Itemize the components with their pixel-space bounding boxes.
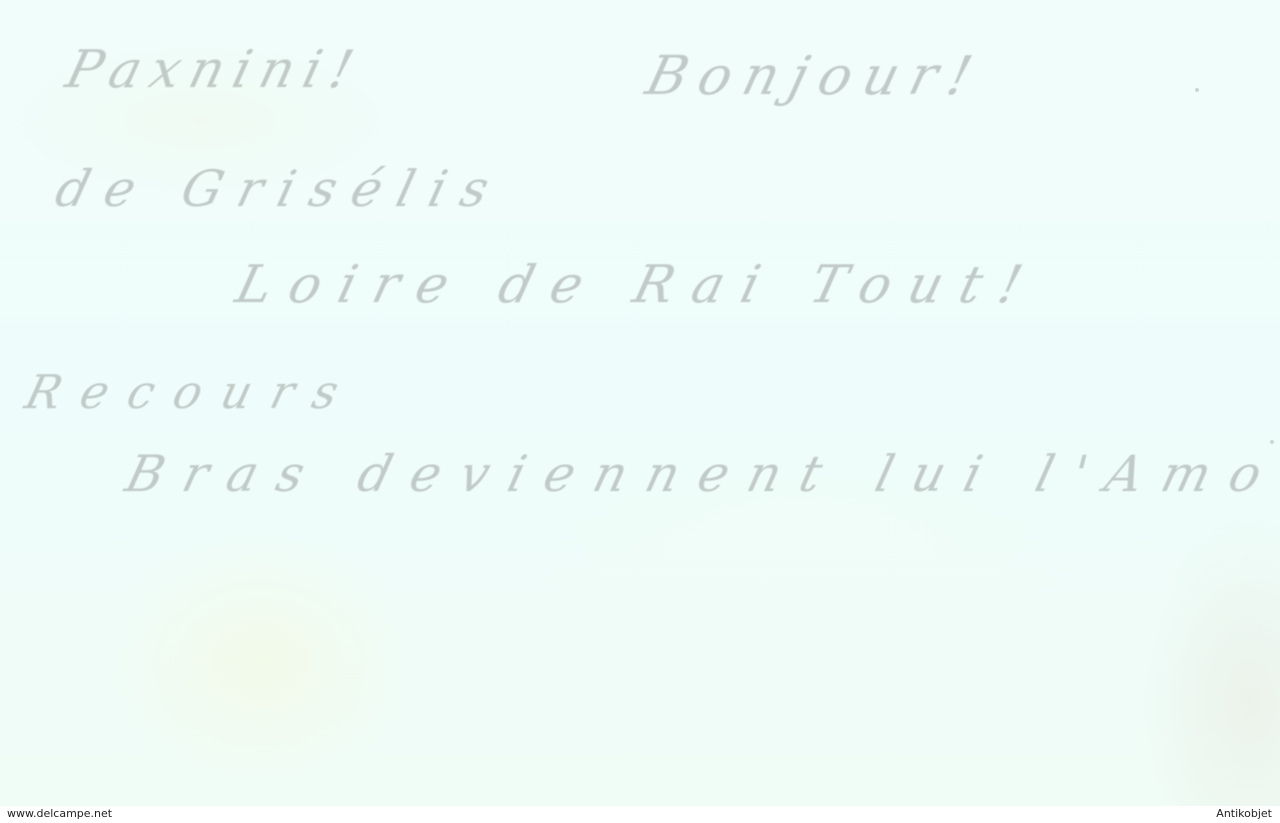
letter-paper: Paxnini! Bonjour! de Grisélis Loire de R…: [0, 0, 1280, 806]
handwritten-line-5: Bras deviennent lui l'Amour!: [120, 445, 1280, 503]
ink-speck: [1270, 440, 1274, 444]
seller-watermark: Antikobjet: [1216, 807, 1272, 820]
scanned-document-page: Paxnini! Bonjour! de Grisélis Loire de R…: [0, 0, 1280, 823]
handwritten-line-3: Loire de Rai Tout!: [230, 255, 1046, 315]
ink-speck: [1195, 88, 1199, 92]
handwritten-line-2: de Grisélis: [50, 160, 511, 218]
watermark-footer: www.delcampe.net Antikobjet: [0, 806, 1280, 823]
handwritten-greeting: Bonjour!: [640, 44, 990, 107]
handwritten-line-4: Recours: [20, 365, 364, 419]
handwritten-salutation-name: Paxnini!: [60, 40, 369, 100]
delcampe-watermark: www.delcampe.net: [7, 807, 112, 820]
